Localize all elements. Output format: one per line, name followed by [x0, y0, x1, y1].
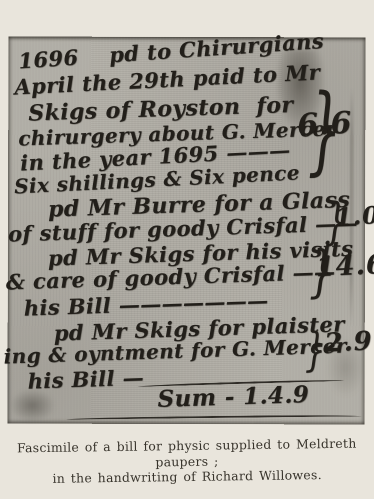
caption: Fascimile of a bill for physic supplied …: [0, 435, 374, 487]
hw-amount-6-6: 6.6: [297, 113, 353, 138]
facsimile-image: 1696 pd to Chirurgians April the 29th pa…: [7, 37, 365, 425]
hw-line-his-bill-2: his Bill —: [27, 367, 144, 393]
hw-amount-2-9: -2.9: [312, 330, 373, 355]
book-page: { "colors": { "page_bg": "#e9e5dc", "pap…: [0, 0, 374, 499]
ink-smudge: [9, 389, 55, 423]
ink-rule: [65, 414, 361, 419]
hw-amount-14-6: 14.6: [315, 254, 374, 279]
hw-amount-1-0: 1.0: [334, 204, 374, 228]
hw-sum-total: Sum - 1.4.9: [157, 384, 309, 411]
